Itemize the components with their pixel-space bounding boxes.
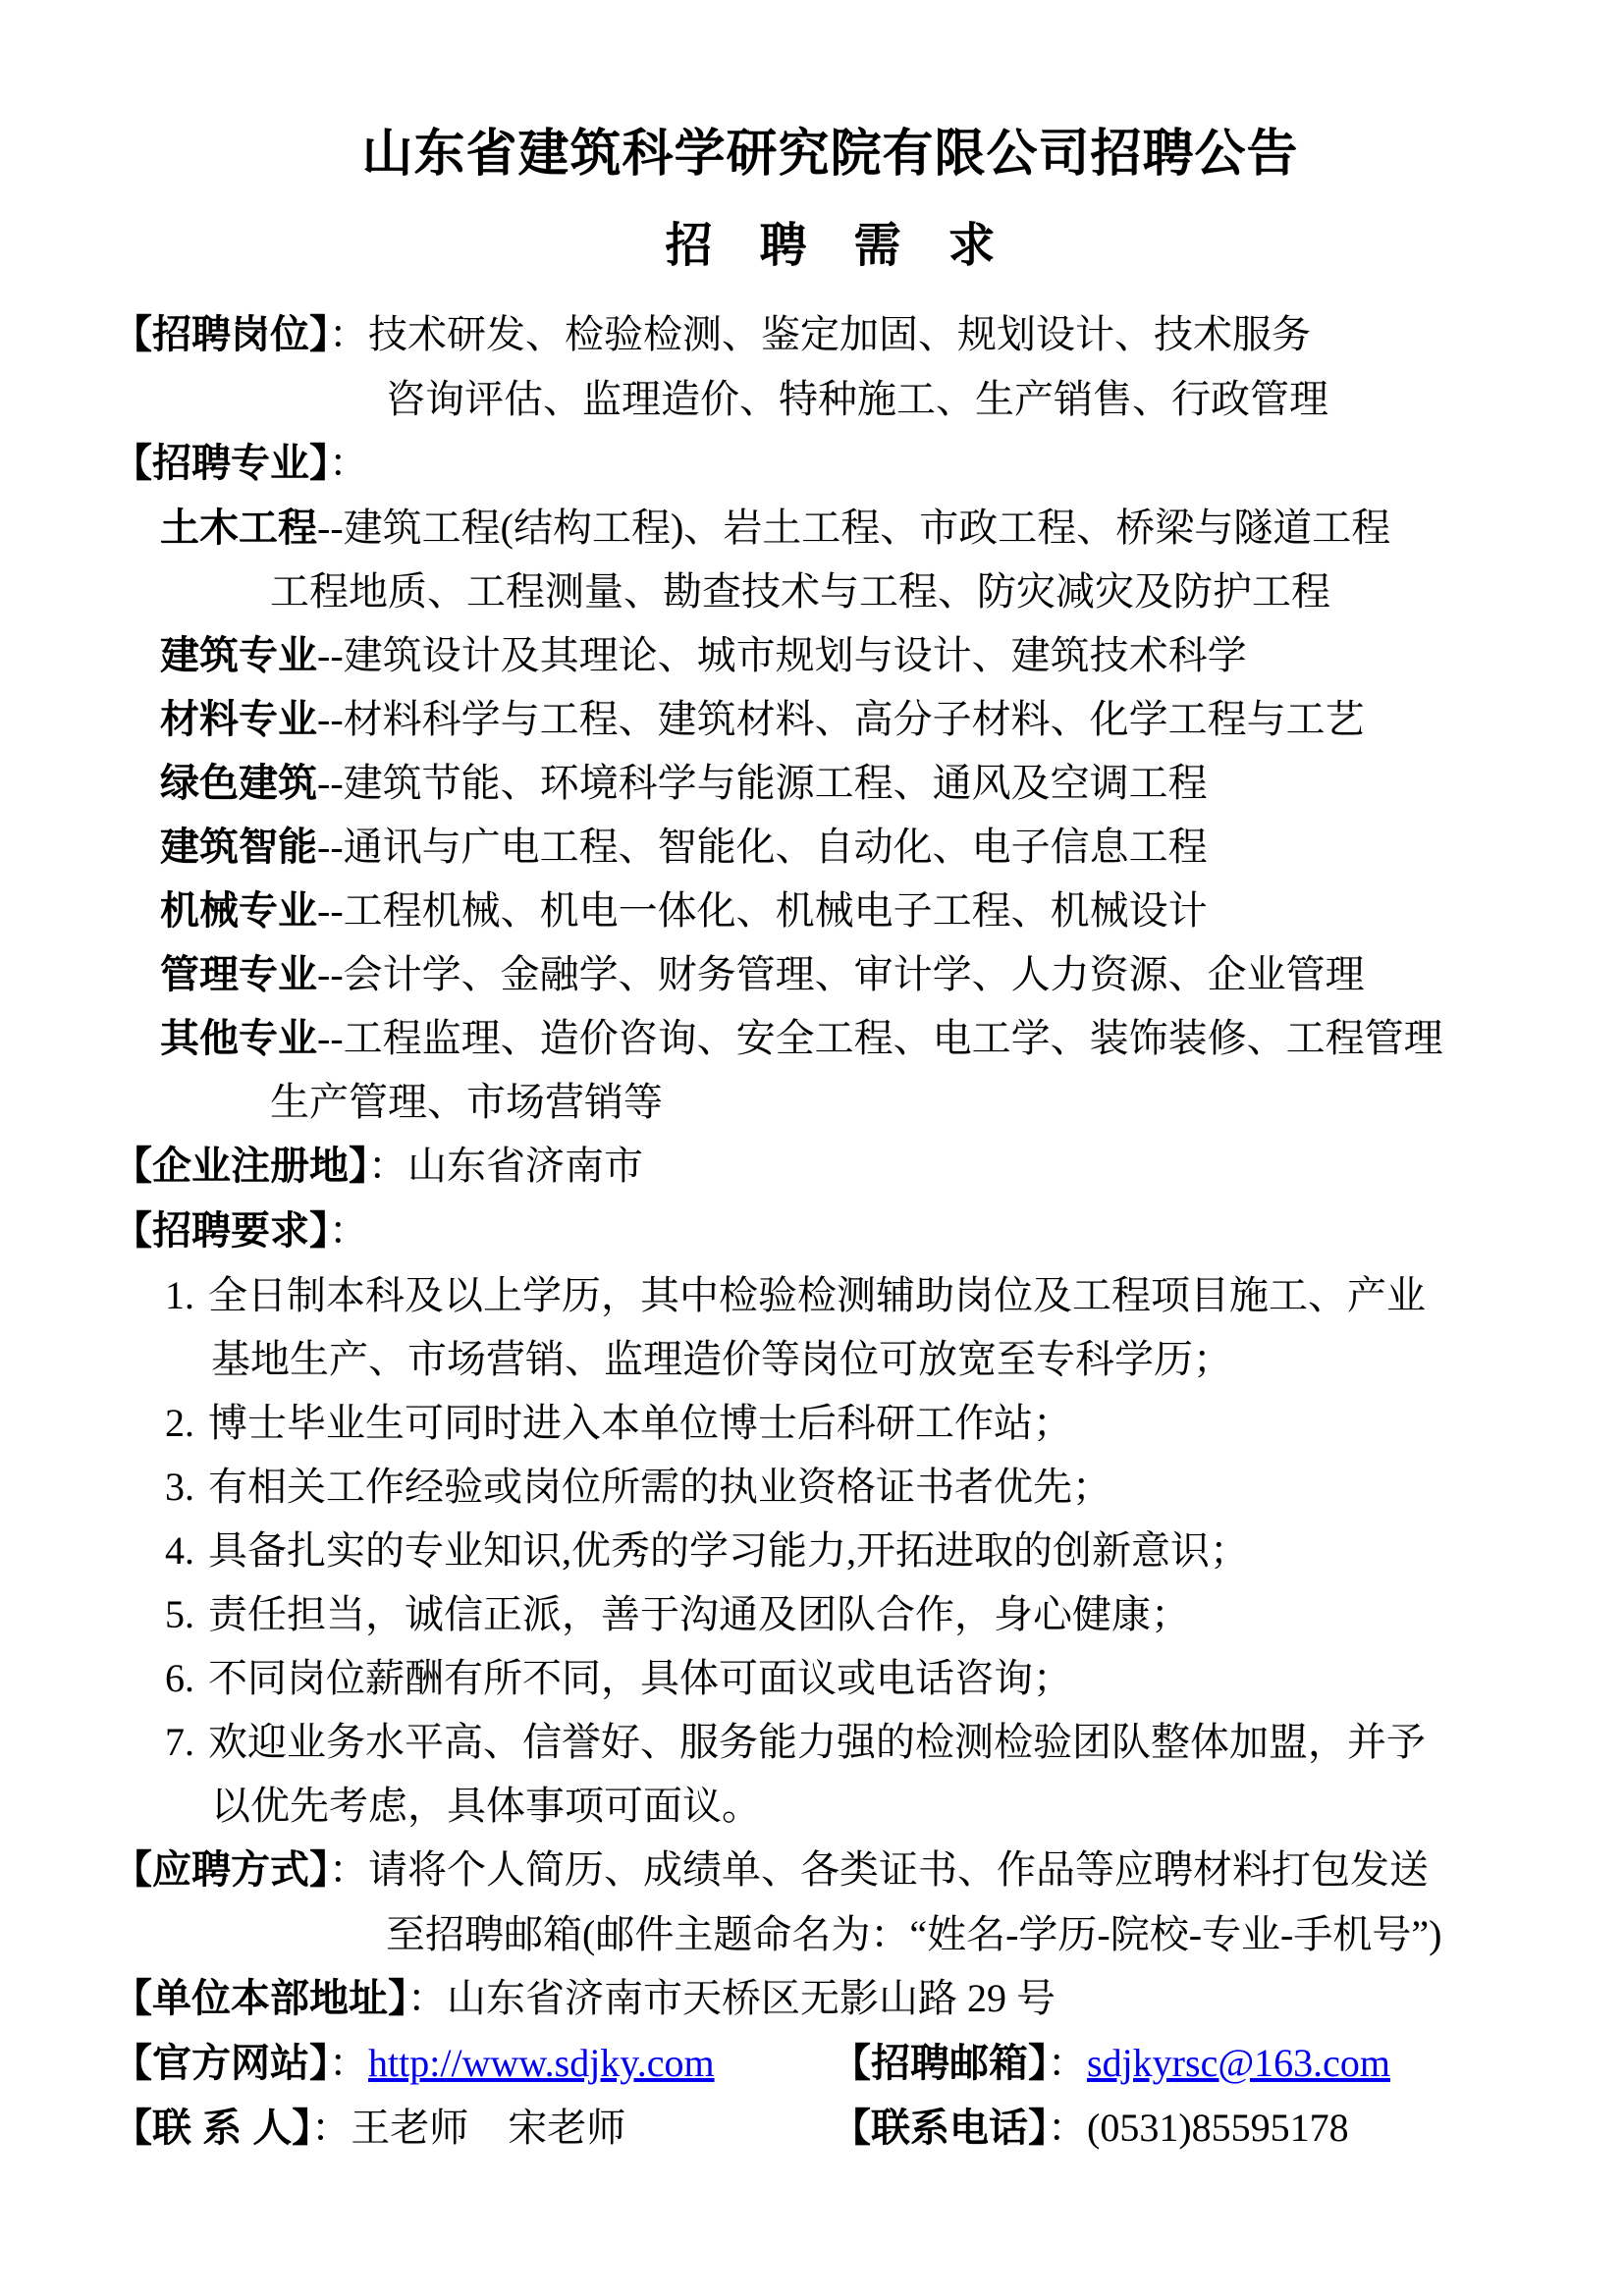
headquarters-line: 【单位本部地址】：山东省济南市天桥区无影山路 29 号: [113, 1966, 1547, 2031]
registration-value: 山东省济南市: [407, 1144, 643, 1188]
major-text: --通讯与广电工程、智能化、自动化、电子信息工程: [317, 825, 1208, 869]
major-item: 管理专业--会计学、金融学、财务管理、审计学、人力资源、企业管理: [113, 942, 1547, 1006]
requirement-number: 1.: [165, 1263, 208, 1327]
major-item: 机械专业--工程机械、机电一体化、机械电子工程、机械设计: [113, 879, 1547, 942]
colon: ：: [329, 1208, 368, 1253]
registration-label: 【企业注册地】: [113, 1145, 368, 1188]
requirement-number: 4.: [165, 1519, 208, 1582]
requirement-item: 6.不同岗位薪酬有所不同，具体可面议或电话咨询；: [113, 1646, 1547, 1710]
contact-value: 王老师 宋老师: [351, 2106, 625, 2150]
requirement-item: 4.具备扎实的专业知识,优秀的学习能力,开拓进取的创新意识；: [113, 1519, 1547, 1582]
requirement-number: 2.: [165, 1391, 208, 1455]
major-text: --工程机械、机电一体化、机械电子工程、机械设计: [317, 888, 1208, 933]
major-item: 材料专业--材料科学与工程、建筑材料、高分子材料、化学工程与工艺: [113, 687, 1547, 751]
apply-text-1: 请将个人简历、成绩单、各类证书、作品等应聘材料打包发送: [368, 1847, 1429, 1892]
requirement-text: 博士毕业生可同时进入本单位博士后科研工作站；: [208, 1401, 1072, 1445]
major-text: --建筑设计及其理论、城市规划与设计、建筑技术科学: [317, 633, 1247, 677]
requirement-number: 6.: [165, 1646, 208, 1710]
website-link[interactable]: http://www.sdjky.com: [368, 2041, 715, 2085]
major-name: 其他专业: [160, 1016, 317, 1060]
colon: ：: [407, 1976, 447, 2020]
major-text: --建筑节能、环境科学与能源工程、通风及空调工程: [317, 761, 1208, 805]
major-item: 绿色建筑--建筑节能、环境科学与能源工程、通风及空调工程: [113, 751, 1547, 815]
major-text: --工程监理、造价咨询、安全工程、电工学、装饰装修、工程管理: [317, 1016, 1443, 1060]
major-item: 土木工程--建筑工程(结构工程)、岩土工程、市政工程、桥梁与隧道工程: [113, 496, 1547, 560]
website-label: 【官方网站】: [113, 2042, 329, 2085]
major-name: 材料专业: [160, 697, 317, 741]
website-group: 【官方网站】：http://www.sdjky.com: [113, 2031, 832, 2096]
major-name: 管理专业: [160, 952, 317, 996]
major-name: 土木工程: [160, 506, 317, 550]
headquarters-label: 【单位本部地址】: [113, 1977, 407, 2020]
colon: ：: [329, 2041, 368, 2085]
colon: ：: [1048, 2106, 1087, 2150]
contact-label: 【联 系 人】: [113, 2107, 311, 2150]
apply-line1: 【应聘方式】：请将个人简历、成绩单、各类证书、作品等应聘材料打包发送: [113, 1838, 1547, 1902]
requirement-number: 7.: [165, 1710, 208, 1774]
requirement-item-continuation: 以优先考虑，具体事项可面议。: [113, 1774, 1547, 1838]
colon: ：: [1048, 2041, 1087, 2085]
recruitment-notice-page: 山东省建筑科学研究院有限公司招聘公告 招 聘 需 求 【招聘岗位】：技术研发、检…: [0, 0, 1624, 2296]
major-text: --建筑工程(结构工程)、岩土工程、市政工程、桥梁与隧道工程: [317, 506, 1390, 550]
requirement-text: 责任担当，诚信正派，善于沟通及团队合作，身心健康；: [208, 1592, 1190, 1636]
email-group: 【招聘邮箱】：sdjkyrsc@163.com: [832, 2031, 1390, 2096]
requirement-item: 1.全日制本科及以上学历，其中检验检测辅助岗位及工程项目施工、产业: [113, 1263, 1547, 1327]
contact-group: 【联 系 人】：王老师 宋老师: [113, 2096, 832, 2161]
requirement-item: 7.欢迎业务水平高、信誉好、服务能力强的检测检验团队整体加盟，并予: [113, 1710, 1547, 1774]
major-name: 建筑专业: [160, 633, 317, 677]
requirement-text: 欢迎业务水平高、信誉好、服务能力强的检测检验团队整体加盟，并予: [208, 1720, 1426, 1764]
requirement-text: 有相关工作经验或岗位所需的执业资格证书者优先；: [208, 1465, 1111, 1509]
requirement-item: 5.责任担当，诚信正派，善于沟通及团队合作，身心健康；: [113, 1582, 1547, 1646]
requirement-number: 5.: [165, 1582, 208, 1646]
requirement-number: 3.: [165, 1455, 208, 1519]
major-text: --材料科学与工程、建筑材料、高分子材料、化学工程与工艺: [317, 697, 1365, 741]
major-text: --会计学、金融学、财务管理、审计学、人力资源、企业管理: [317, 952, 1365, 996]
apply-label: 【应聘方式】: [113, 1848, 329, 1892]
major-item: 建筑智能--通讯与广电工程、智能化、自动化、电子信息工程: [113, 815, 1547, 879]
headquarters-value: 山东省济南市天桥区无影山路 29 号: [447, 1976, 1056, 2020]
major-name: 机械专业: [160, 888, 317, 933]
page-subtitle: 招 聘 需 求: [113, 220, 1547, 273]
positions-text-1: 技术研发、检验检测、鉴定加固、规划设计、技术服务: [368, 312, 1311, 356]
major-item-continuation: 生产管理、市场营销等: [113, 1070, 1547, 1134]
colon: ：: [311, 2106, 351, 2150]
requirement-text: 全日制本科及以上学历，其中检验检测辅助岗位及工程项目施工、产业: [208, 1273, 1426, 1317]
colon: ：: [368, 1144, 407, 1188]
contact-phone-row: 【联 系 人】：王老师 宋老师 【联系电话】：(0531)85595178: [113, 2096, 1547, 2161]
majors-header: 【招聘专业】：: [113, 431, 1547, 496]
positions-line1: 【招聘岗位】：技术研发、检验检测、鉴定加固、规划设计、技术服务: [113, 302, 1547, 367]
phone-label: 【联系电话】: [832, 2107, 1048, 2150]
requirement-item-continuation: 基地生产、市场营销、监理造价等岗位可放宽至专科学历；: [113, 1327, 1547, 1391]
major-name: 建筑智能: [160, 825, 317, 869]
requirement-text: 不同岗位薪酬有所不同，具体可面议或电话咨询；: [208, 1656, 1072, 1700]
requirements-header: 【招聘要求】：: [113, 1199, 1547, 1263]
requirements-label: 【招聘要求】: [113, 1209, 329, 1253]
positions-line2: 咨询评估、监理造价、特种施工、生产销售、行政管理: [113, 367, 1547, 431]
email-link[interactable]: sdjkyrsc@163.com: [1087, 2041, 1390, 2085]
page-title: 山东省建筑科学研究院有限公司招聘公告: [113, 126, 1547, 183]
requirement-text: 具备扎实的专业知识,优秀的学习能力,开拓进取的创新意识；: [208, 1528, 1249, 1573]
phone-group: 【联系电话】：(0531)85595178: [832, 2096, 1349, 2161]
colon: ：: [329, 441, 368, 485]
colon: ：: [329, 1847, 368, 1892]
major-item: 建筑专业--建筑设计及其理论、城市规划与设计、建筑技术科学: [113, 623, 1547, 687]
requirement-item: 3.有相关工作经验或岗位所需的执业资格证书者优先；: [113, 1455, 1547, 1519]
positions-label: 【招聘岗位】: [113, 313, 329, 356]
website-email-row: 【官方网站】：http://www.sdjky.com 【招聘邮箱】：sdjky…: [113, 2031, 1547, 2096]
phone-value: (0531)85595178: [1087, 2106, 1349, 2150]
registration-line: 【企业注册地】：山东省济南市: [113, 1134, 1547, 1199]
majors-label: 【招聘专业】: [113, 442, 329, 485]
major-item: 其他专业--工程监理、造价咨询、安全工程、电工学、装饰装修、工程管理: [113, 1006, 1547, 1070]
major-item-continuation: 工程地质、工程测量、勘查技术与工程、防灾减灾及防护工程: [113, 560, 1547, 623]
apply-line2: 至招聘邮箱(邮件主题命名为：“姓名-学历-院校-专业-手机号”): [113, 1902, 1547, 1966]
email-label: 【招聘邮箱】: [832, 2042, 1048, 2085]
major-name: 绿色建筑: [160, 761, 317, 805]
requirement-item: 2.博士毕业生可同时进入本单位博士后科研工作站；: [113, 1391, 1547, 1455]
colon: ：: [329, 312, 368, 356]
